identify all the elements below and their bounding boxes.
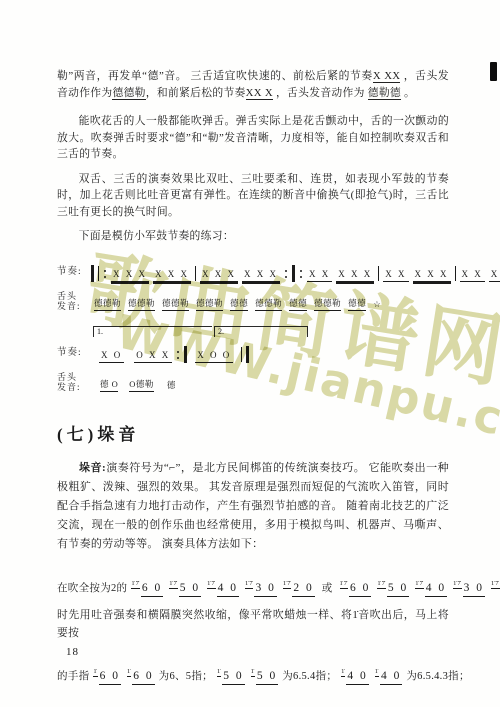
grace-notes: 1̇ bbox=[217, 668, 221, 677]
finger-numbers-text: 为6、5指； bbox=[159, 668, 213, 685]
syllable-group: 德德 bbox=[348, 297, 366, 311]
tongue-label-top: 舌头 bbox=[57, 291, 87, 301]
grace-note-group: 1̇6 0 bbox=[93, 668, 121, 685]
rhythm-exercise-1: 节奏: X X X X X X X X X X X X X X X X X X … bbox=[57, 258, 449, 311]
tongue-label-bottom: 发音: bbox=[57, 301, 87, 311]
rhythm-group: O X X bbox=[134, 350, 172, 363]
syllables-inline: 德勒德 bbox=[368, 87, 401, 100]
syllable-group: 德德 bbox=[289, 297, 307, 311]
rhythm-group: X O O bbox=[195, 350, 233, 363]
main-note: 5 0 bbox=[179, 582, 201, 597]
grace-note-group: 1̇7̇3 0 bbox=[453, 580, 485, 597]
body-text: 演奏符号为“⌐”，是北方民间梆笛的传统演奏技巧。 它能吹奏出一种极粗犷、泼辣、强… bbox=[57, 462, 449, 550]
main-note: 6 0 bbox=[132, 670, 154, 685]
main-note: 3 0 bbox=[463, 582, 485, 597]
main-note: 4 0 bbox=[380, 670, 402, 685]
grace-note-group: 1̇7̇5 0 bbox=[377, 580, 409, 597]
or-text: 或 bbox=[322, 580, 333, 597]
rhythm-group: X X bbox=[307, 269, 332, 282]
rhythm-group: X O bbox=[99, 350, 124, 363]
main-note: 6 0 bbox=[141, 582, 163, 597]
duoyin-notation-line-2: 的手指 1̇6 0 1̇6 0 为6、5指； 1̇5 0 1̇5 0 为6.5.… bbox=[57, 655, 449, 685]
paragraph-duoyin: 垛音:演奏符号为“⌐”，是北方民间梆笛的传统演奏技巧。 它能吹奏出一种极粗犷、泼… bbox=[57, 459, 449, 554]
volta-2-label: 2. bbox=[218, 327, 224, 336]
grace-note-group: 1̇7̇4 0 bbox=[207, 580, 239, 597]
barline bbox=[455, 266, 456, 281]
rhythm-group: X X bbox=[460, 269, 485, 282]
grace-note-group: 1̇7̇6 0 bbox=[131, 580, 163, 597]
grace-notes: 1̇7̇ bbox=[340, 580, 349, 589]
repeat-end-bar bbox=[184, 346, 187, 363]
grace-note-group: 1̇7̇6 0 bbox=[340, 580, 372, 597]
volta-bracket-2: 2. bbox=[214, 326, 308, 337]
body-text: ，和前紧后松的节奏 bbox=[146, 87, 246, 99]
syllable-group: 德德勒 bbox=[196, 297, 223, 311]
grace-notes: 1̇ bbox=[127, 668, 131, 677]
grace-notes: 1̇7̇ bbox=[131, 580, 140, 589]
grace-note-group: 1̇7̇5 0 bbox=[169, 580, 201, 597]
rhythm-group: X X X bbox=[242, 269, 280, 282]
main-note: 4 0 bbox=[346, 670, 368, 685]
body-text: ，舌头发音动作为 bbox=[273, 87, 368, 99]
syllable-group: 德德勒 bbox=[162, 297, 189, 311]
main-note: 5 0 bbox=[256, 670, 278, 685]
main-note: 4 0 bbox=[425, 582, 447, 597]
repeat-begin-bar-thin bbox=[98, 266, 99, 281]
grace-note-group: 1̇4 0 bbox=[341, 668, 369, 685]
grace-notes: 1̇ bbox=[251, 668, 255, 677]
volta-1-label: 1. bbox=[97, 327, 103, 336]
tongue-syllable-line-1: 舌头发音: 德德勒 德德勒 德德勒 德德勒 德德 德德勒 德德 德德勒 德德 ☆ bbox=[57, 291, 449, 311]
grace-note-group: 1̇4 0 bbox=[375, 668, 403, 685]
paragraph-comparison: 双舌、三舌的演奏效果比双吐、三吐要柔和、连贯，如表现小军鼓的节奏时，加上花舌则比… bbox=[57, 171, 449, 221]
main-note: 5 0 bbox=[222, 670, 244, 685]
section-title: (七)垛音 bbox=[57, 420, 449, 445]
grace-note-group: 1̇7̇4 0 bbox=[415, 580, 447, 597]
rhythm-group: X X X bbox=[336, 269, 374, 282]
syllable-group: 德 O bbox=[100, 378, 118, 392]
tongue-syllable-line-2: 舌头发音: 德 O O德勒 德 bbox=[57, 372, 449, 392]
main-note: 2 0 bbox=[292, 582, 314, 597]
grace-notes: 1̇7̇ bbox=[491, 580, 500, 589]
barline bbox=[195, 266, 196, 281]
repeat-dots bbox=[285, 270, 287, 278]
grace-notes: 1̇7̇ bbox=[283, 580, 292, 589]
final-bar-thin bbox=[241, 347, 242, 362]
body-text: 勒”两音，再发单“德”音。 三舌适宜吹快速的、前松后紧的节奏 bbox=[57, 70, 373, 82]
rhythm-group: X X X bbox=[413, 269, 451, 282]
rhythm-group: X X X bbox=[111, 269, 149, 282]
rhythm-line-2: 节奏: X O O X X X O O bbox=[57, 339, 449, 363]
grace-note-group: 1̇7̇3 0 bbox=[245, 580, 277, 597]
grace-note-group: 1̇6 0 bbox=[127, 668, 155, 685]
rhythm-line-1: 节奏: X X X X X X X X X X X X X X X X X X … bbox=[57, 258, 449, 282]
main-note: 5 0 bbox=[387, 582, 409, 597]
term-lead: 垛音: bbox=[79, 462, 106, 474]
syllable-group: 德德勒 bbox=[255, 297, 282, 311]
grace-notes: 1̇7̇ bbox=[415, 580, 424, 589]
page-number: 18 bbox=[66, 646, 79, 658]
grace-notes: 1̇7̇ bbox=[377, 580, 386, 589]
binding-mark bbox=[490, 62, 497, 81]
syllable-group: 德德勒 bbox=[314, 297, 341, 311]
repeat-dots bbox=[300, 270, 302, 278]
main-note: 6 0 bbox=[99, 670, 121, 685]
tongue-label-bottom: 发音: bbox=[57, 382, 87, 392]
grace-notes: 1̇ bbox=[341, 668, 345, 677]
grace-note-group: 1̇5 0 bbox=[217, 668, 245, 685]
book-page: 歌曲简谱网 WWW.jianpu.cn 勒”两音，再发单“德”音。 三舌适宜吹快… bbox=[0, 0, 500, 707]
duoyin-explanation-line: 时先用吐音强奏和横隔膜突然收缩，像平常吹蜡烛一样、将1̇音吹出后，马上将要按 bbox=[57, 606, 449, 642]
finger-numbers-text: 为6.5.4.3指； bbox=[406, 668, 469, 685]
grace-notes: 1̇7̇ bbox=[245, 580, 254, 589]
page-content: 勒”两音，再发单“德”音。 三舌适宜吹快速的、前松后紧的节奏X XX ，舌头发音… bbox=[57, 68, 449, 685]
tongue-label: 舌头发音: bbox=[57, 291, 87, 311]
syllable-group: ☆ bbox=[373, 299, 381, 311]
duoyin-notation-line-1: 在吹全按为2的 1̇7̇6 0 1̇7̇5 0 1̇7̇4 0 1̇7̇3 0 … bbox=[57, 567, 449, 597]
fingers-text: 的手指 bbox=[57, 668, 89, 685]
notation-intro: 在吹全按为2的 bbox=[57, 580, 127, 597]
repeat-begin-bar bbox=[91, 265, 94, 282]
barline bbox=[378, 266, 379, 281]
grace-notes: 1̇7̇ bbox=[207, 580, 216, 589]
syllable-group: 德德 bbox=[230, 297, 248, 311]
rhythm-group: X X X bbox=[200, 269, 238, 282]
grace-notes: 1̇7̇ bbox=[169, 580, 178, 589]
main-note: 6 0 bbox=[349, 582, 371, 597]
body-text: 时先用吐音强奏和横隔膜突然收缩，像平常吹蜡烛一样、将 bbox=[57, 609, 352, 621]
rhythm-inline: XX X bbox=[246, 87, 273, 100]
grace-note-group: 1̇7̇2 0 bbox=[283, 580, 315, 597]
body-text: 。 bbox=[401, 87, 415, 99]
rhythm-label: 节奏: bbox=[57, 344, 87, 358]
paragraph-tonguing: 勒”两音，再发单“德”音。 三舌适宜吹快速的、前松后紧的节奏X XX ，舌头发音… bbox=[57, 68, 449, 101]
paragraph-exercise-intro: 下面是模仿小军鼓节奏的练习： bbox=[57, 228, 449, 245]
volta-bracket-1: 1. bbox=[93, 326, 212, 337]
grace-notes: 1̇7̇ bbox=[453, 580, 462, 589]
grace-note-group: 1̇7̇2 0 bbox=[491, 580, 500, 597]
syllables-inline: 德德勒 bbox=[112, 87, 145, 100]
syllable-group: 德德勒 bbox=[94, 297, 121, 311]
rhythm-exercise-2: 1. 2. 节奏: X O O X X X O O 舌头发音: 德 O O德勒 … bbox=[57, 326, 449, 392]
syllable-group: 德 bbox=[167, 379, 176, 392]
repeat-dots bbox=[104, 270, 106, 278]
repeat-dots bbox=[177, 351, 179, 359]
rhythm-label: 节奏: bbox=[57, 263, 87, 277]
rhythm-group: X bbox=[489, 269, 500, 282]
repeat-end-bar bbox=[292, 265, 295, 282]
rhythm-group: X X X bbox=[153, 269, 191, 282]
grace-note-group: 1̇5 0 bbox=[251, 668, 279, 685]
syllable-group: 德德勒 bbox=[128, 297, 155, 311]
paragraph-flutter-tongue: 能吹花舌的人一般都能吹弹舌。弹舌实际上是花舌颤动中，舌的一次颤动的放大。吹奏弹舌… bbox=[57, 113, 449, 163]
rhythm-inline: X XX bbox=[373, 70, 401, 83]
rhythm-group: X X bbox=[383, 269, 408, 282]
main-note: 3 0 bbox=[254, 582, 276, 597]
finger-numbers-text: 为6.5.4指； bbox=[282, 668, 337, 685]
final-bar-thick bbox=[246, 346, 249, 363]
grace-notes: 1̇ bbox=[375, 668, 379, 677]
grace-notes: 1̇ bbox=[93, 668, 97, 677]
syllable-group: O德勒 bbox=[129, 378, 154, 392]
tongue-label-top: 舌头 bbox=[57, 372, 87, 382]
main-note: 4 0 bbox=[217, 582, 239, 597]
tongue-label: 舌头发音: bbox=[57, 372, 87, 392]
